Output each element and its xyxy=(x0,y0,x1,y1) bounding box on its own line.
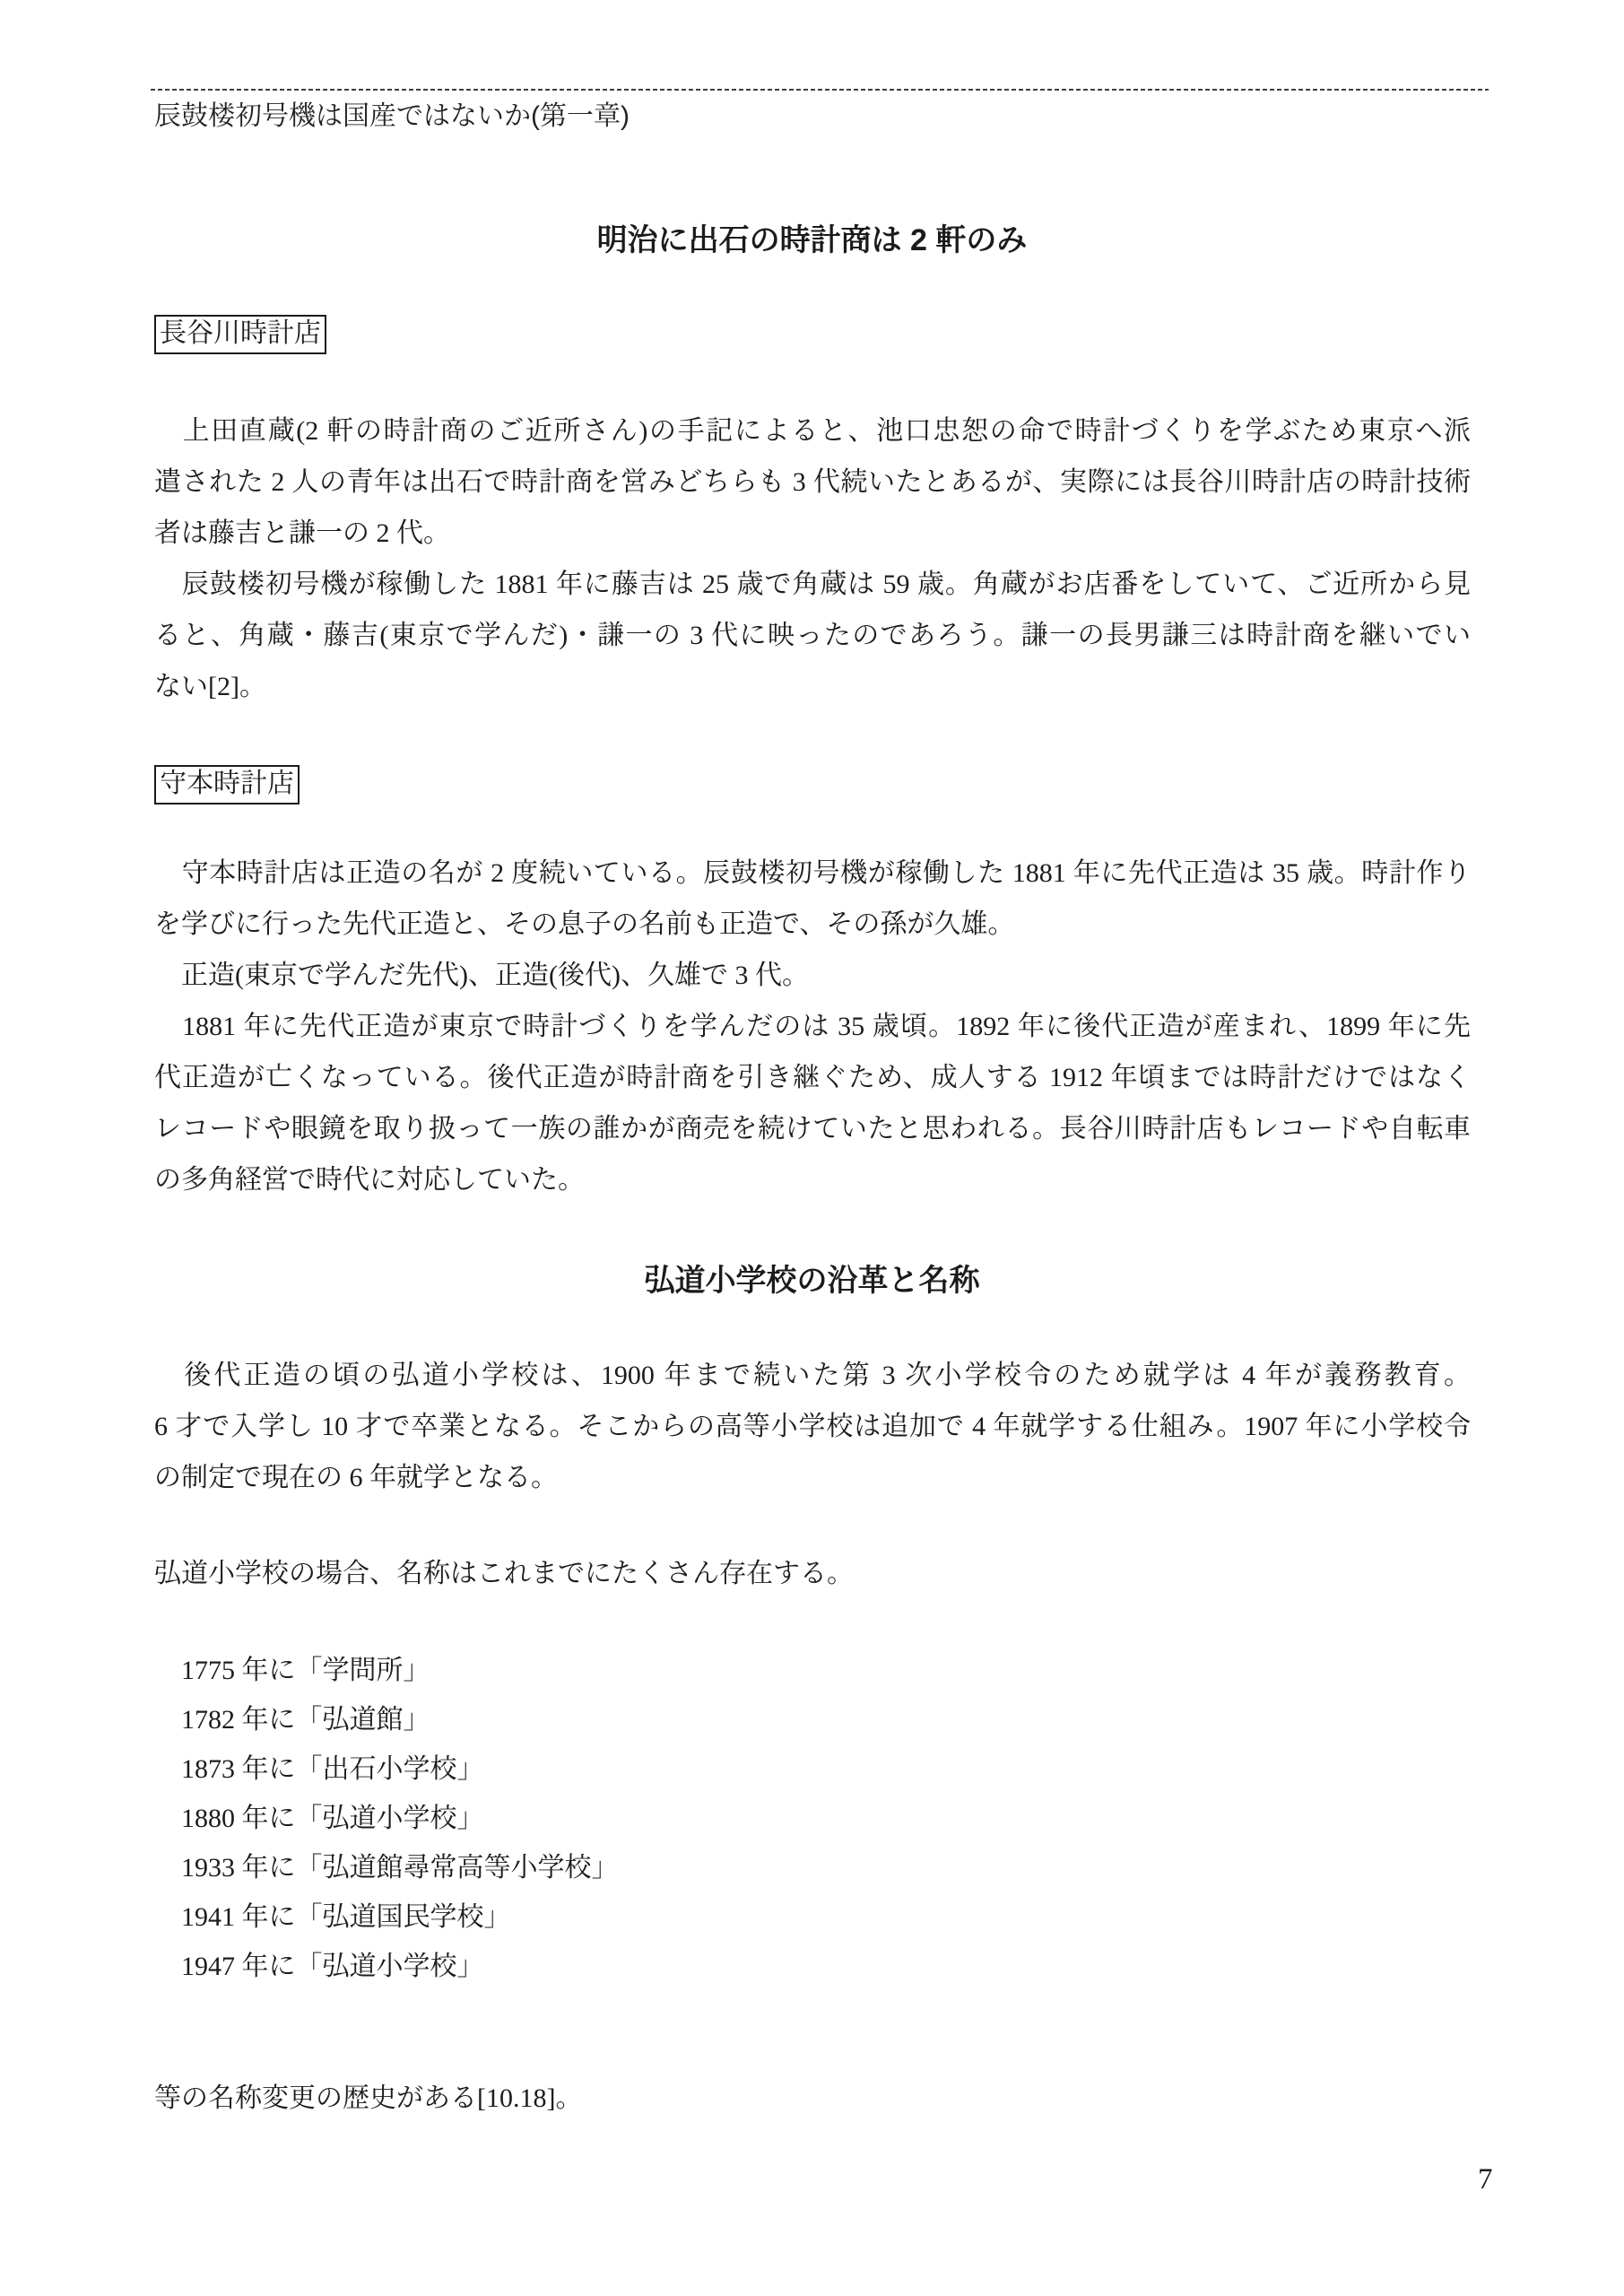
morimoto-box-label: 守本時計店 xyxy=(154,765,300,804)
section-heading-meiji: 明治に出石の時計商は 2 軒のみ xyxy=(0,221,1624,260)
text-line: 遣された 2 人の青年は出石で時計商を営みどちらも 3 代続いたとあるが、実際に… xyxy=(154,457,1471,508)
list-item: 1873 年に「出石小学校」 xyxy=(154,1744,1471,1794)
text-line: 者は藤吉と謙一の 2 代。 xyxy=(154,508,1471,559)
hasegawa-paragraph: 上田直蔵(2 軒の時計商のご近所さん)の手記によると、池口忠恕の命で時計づくりを… xyxy=(154,405,1471,712)
page-number: 7 xyxy=(1478,2161,1493,2197)
text-line: レコードや眼鏡を取り扱って一族の誰かが商売を続けていたと思われる。長谷川時計店も… xyxy=(154,1103,1471,1154)
list-item: 1880 年に「弘道小学校」 xyxy=(154,1794,1471,1843)
section-heading-kodo: 弘道小学校の沿革と名称 xyxy=(0,1261,1624,1300)
list-item: 1941 年に「弘道国民学校」 xyxy=(154,1892,1471,1942)
text-line: ない[2]。 xyxy=(154,661,1471,712)
kodo-intro-paragraph: 後代正造の頃の弘道小学校は、1900 年まで続いた第 3 次小学校令のため就学は… xyxy=(154,1350,1471,1503)
text-line: 弘道小学校の場合、名称はこれまでにたくさん存在する。 xyxy=(154,1548,1471,1599)
running-header: 辰鼓楼初号機は国産ではないか(第一章) xyxy=(154,99,630,135)
list-item: 1775 年に「学問所」 xyxy=(154,1646,1471,1695)
hasegawa-box-label: 長谷川時計店 xyxy=(154,315,326,354)
text-line: 後代正造の頃の弘道小学校は、1900 年まで続いた第 3 次小学校令のため就学は… xyxy=(154,1350,1471,1401)
text-line: を学びに行った先代正造と、その息子の名前も正造で、その孫が久雄。 xyxy=(154,899,1471,950)
header-rule xyxy=(151,89,1489,91)
list-item: 1947 年に「弘道小学校」 xyxy=(154,1942,1471,1991)
text-line: 上田直蔵(2 軒の時計商のご近所さん)の手記によると、池口忠恕の命で時計づくりを… xyxy=(154,405,1471,457)
document-page: 辰鼓楼初号機は国産ではないか(第一章) 明治に出石の時計商は 2 軒のみ 長谷川… xyxy=(0,0,1624,2296)
name-history-list: 1775 年に「学問所」 1782 年に「弘道館」 1873 年に「出石小学校」… xyxy=(154,1646,1471,1991)
text-line: 1881 年に先代正造が東京で時計づくりを学んだのは 35 歳頃。1892 年に… xyxy=(154,1001,1471,1052)
text-line: 等の名称変更の歴史がある[10.18]。 xyxy=(154,2073,1471,2124)
text-line: 代正造が亡くなっている。後代正造が時計商を引き継ぐため、成人する 1912 年頃… xyxy=(154,1052,1471,1103)
list-item: 1782 年に「弘道館」 xyxy=(154,1695,1471,1744)
text-line: 正造(東京で学んだ先代)、正造(後代)、久雄で 3 代。 xyxy=(154,950,1471,1001)
text-line: 辰鼓楼初号機が稼働した 1881 年に藤吉は 25 歳で角蔵は 59 歳。角蔵が… xyxy=(154,559,1471,610)
text-line: の多角経営で時代に対応していた。 xyxy=(154,1154,1471,1205)
text-line: 守本時計店は正造の名が 2 度続いている。辰鼓楼初号機が稼働した 1881 年に… xyxy=(154,848,1471,899)
closing-paragraph: 等の名称変更の歴史がある[10.18]。 xyxy=(154,2073,1471,2124)
text-line: ると、角蔵・藤吉(東京で学んだ)・謙一の 3 代に映ったのであろう。謙一の長男謙… xyxy=(154,610,1471,661)
kodo-lead-paragraph: 弘道小学校の場合、名称はこれまでにたくさん存在する。 xyxy=(154,1548,1471,1599)
text-line: 6 才で入学し 10 才で卒業となる。そこからの高等小学校は追加で 4 年就学す… xyxy=(154,1401,1471,1452)
text-line: の制定で現在の 6 年就学となる。 xyxy=(154,1452,1471,1503)
list-item: 1933 年に「弘道館尋常高等小学校」 xyxy=(154,1843,1471,1892)
morimoto-paragraph: 守本時計店は正造の名が 2 度続いている。辰鼓楼初号機が稼働した 1881 年に… xyxy=(154,848,1471,1205)
